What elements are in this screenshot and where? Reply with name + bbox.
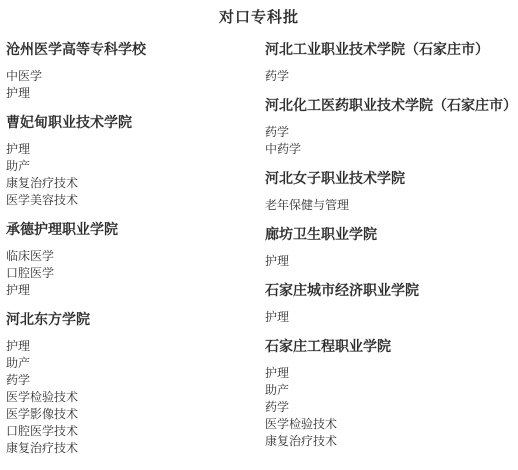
school-group: 河北化工医药职业技术学院（石家庄市）药学中药学 (265, 96, 512, 158)
major-item: 药学 (265, 124, 512, 141)
major-item: 医学美容技术 (6, 192, 265, 209)
left-column: 沧州医学高等专科学校中医学护理曹妃甸职业技术学院护理助产康复治疗技术医学美容技术… (6, 40, 265, 457)
columns-container: 沧州医学高等专科学校中医学护理曹妃甸职业技术学院护理助产康复治疗技术医学美容技术… (6, 40, 512, 457)
major-list: 护理助产药学医学检验技术医学影像技术口腔医学技术康复治疗技术 (6, 338, 265, 457)
right-column: 河北工业职业技术学院（石家庄市）药学河北化工医药职业技术学院（石家庄市）药学中药… (265, 40, 512, 450)
document-page: 对口专科批 沧州医学高等专科学校中医学护理曹妃甸职业技术学院护理助产康复治疗技术… (0, 0, 518, 470)
school-group: 曹妃甸职业技术学院护理助产康复治疗技术医学美容技术 (6, 113, 265, 209)
major-item: 医学影像技术 (6, 406, 265, 423)
school-name: 河北东方学院 (6, 310, 265, 328)
major-list: 中医学护理 (6, 68, 265, 102)
major-list: 护理助产康复治疗技术医学美容技术 (6, 141, 265, 209)
major-list: 药学 (265, 68, 512, 85)
school-group: 河北女子职业技术学院老年保健与管理 (265, 169, 512, 214)
school-group: 石家庄工程职业学院护理助产药学医学检验技术康复治疗技术 (265, 337, 512, 450)
major-item: 护理 (6, 141, 265, 158)
major-list: 护理助产药学医学检验技术康复治疗技术 (265, 365, 512, 450)
school-name: 石家庄工程职业学院 (265, 337, 512, 355)
major-item: 药学 (265, 399, 512, 416)
major-item: 护理 (6, 85, 265, 102)
major-list: 护理 (265, 309, 512, 326)
school-name: 石家庄城市经济职业学院 (265, 281, 512, 299)
school-name: 河北女子职业技术学院 (265, 169, 512, 187)
major-item: 口腔医学 (6, 265, 265, 282)
major-item: 口腔医学技术 (6, 423, 265, 440)
major-item: 医学检验技术 (265, 416, 512, 433)
major-item: 康复治疗技术 (265, 433, 512, 450)
school-group: 廊坊卫生职业学院护理 (265, 225, 512, 270)
major-item: 康复治疗技术 (6, 440, 265, 457)
school-group: 沧州医学高等专科学校中医学护理 (6, 40, 265, 102)
major-item: 医学检验技术 (6, 389, 265, 406)
major-item: 药学 (265, 68, 512, 85)
school-name: 河北工业职业技术学院（石家庄市） (265, 40, 512, 58)
major-list: 护理 (265, 253, 512, 270)
school-group: 河北东方学院护理助产药学医学检验技术医学影像技术口腔医学技术康复治疗技术 (6, 310, 265, 457)
major-item: 临床医学 (6, 248, 265, 265)
school-group: 河北工业职业技术学院（石家庄市）药学 (265, 40, 512, 85)
major-item: 护理 (265, 365, 512, 382)
school-name: 河北化工医药职业技术学院（石家庄市） (265, 96, 512, 114)
major-item: 助产 (6, 355, 265, 372)
school-name: 沧州医学高等专科学校 (6, 40, 265, 58)
major-item: 中医学 (6, 68, 265, 85)
school-group: 石家庄城市经济职业学院护理 (265, 281, 512, 326)
major-list: 药学中药学 (265, 124, 512, 158)
major-item: 康复治疗技术 (6, 175, 265, 192)
major-item: 中药学 (265, 141, 512, 158)
major-item: 护理 (6, 338, 265, 355)
major-item: 护理 (265, 309, 512, 326)
major-item: 助产 (6, 158, 265, 175)
school-name: 廊坊卫生职业学院 (265, 225, 512, 243)
major-list: 临床医学口腔医学护理 (6, 248, 265, 299)
school-name: 承德护理职业学院 (6, 220, 265, 238)
major-item: 老年保健与管理 (265, 197, 512, 214)
school-name: 曹妃甸职业技术学院 (6, 113, 265, 131)
major-item: 药学 (6, 372, 265, 389)
school-group: 承德护理职业学院临床医学口腔医学护理 (6, 220, 265, 299)
major-item: 护理 (6, 282, 265, 299)
major-list: 老年保健与管理 (265, 197, 512, 214)
page-title: 对口专科批 (6, 8, 512, 28)
major-item: 助产 (265, 382, 512, 399)
major-item: 护理 (265, 253, 512, 270)
